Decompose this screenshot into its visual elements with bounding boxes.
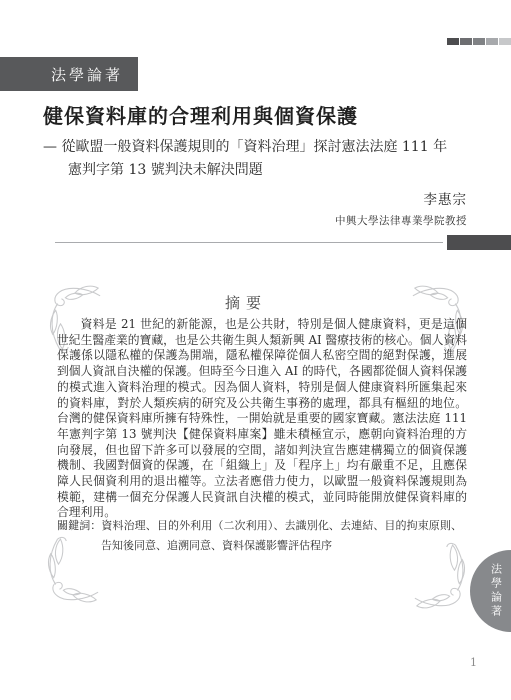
subtitle-line-2: 憲判字第 13 號判決未解決問題 xyxy=(68,159,483,182)
document-page: 法學論著 健保資料庫的合理利用與個資保護 — 從歐盟一般資料保護規則的「資料治理… xyxy=(0,0,511,700)
decoration-square xyxy=(447,38,459,45)
article-title: 健保資料庫的合理利用與個資保護 xyxy=(43,100,483,129)
keywords-line: 關鍵詞：資料治理、目的外利用（二次利用）、去識別化、去連結、目的拘束原則、告知後… xyxy=(57,516,462,555)
decoration-square xyxy=(460,38,472,45)
decoration-square xyxy=(499,38,511,45)
author-block: 李惠宗 中興大學法律專業學院教授 xyxy=(335,188,467,228)
page-number: 1 xyxy=(470,656,477,669)
keywords-label: 關鍵詞： xyxy=(57,519,101,532)
abstract-paragraph: 資料是 21 世紀的新能源，也是公共財，特別是個人健康資料，更是這個世紀生醫產業… xyxy=(57,317,467,521)
author-name: 李惠宗 xyxy=(335,188,467,208)
decoration-square xyxy=(473,38,485,45)
decoration-square xyxy=(486,38,498,45)
page-corner-decoration xyxy=(447,38,511,45)
side-tab: 法學論著 xyxy=(470,550,511,632)
side-tab-label: 法學論著 xyxy=(488,563,504,619)
keywords-text: 資料治理、目的外利用（二次利用）、去識別化、去連結、目的拘束原則、告知後同意、追… xyxy=(101,519,462,552)
subtitle-line-1: — 從歐盟一般資料保護規則的「資料治理」探討憲法法庭 111 年 xyxy=(43,136,483,159)
article-subtitle: — 從歐盟一般資料保護規則的「資料治理」探討憲法法庭 111 年 憲判字第 13… xyxy=(43,136,483,182)
header-divider-line xyxy=(55,242,443,243)
abstract-heading: 摘要 xyxy=(190,292,302,313)
header-divider-block xyxy=(447,235,511,250)
category-badge-label: 法學論著 xyxy=(51,64,123,85)
author-affiliation: 中興大學法律專業學院教授 xyxy=(335,213,467,228)
category-badge: 法學論著 xyxy=(0,57,138,91)
